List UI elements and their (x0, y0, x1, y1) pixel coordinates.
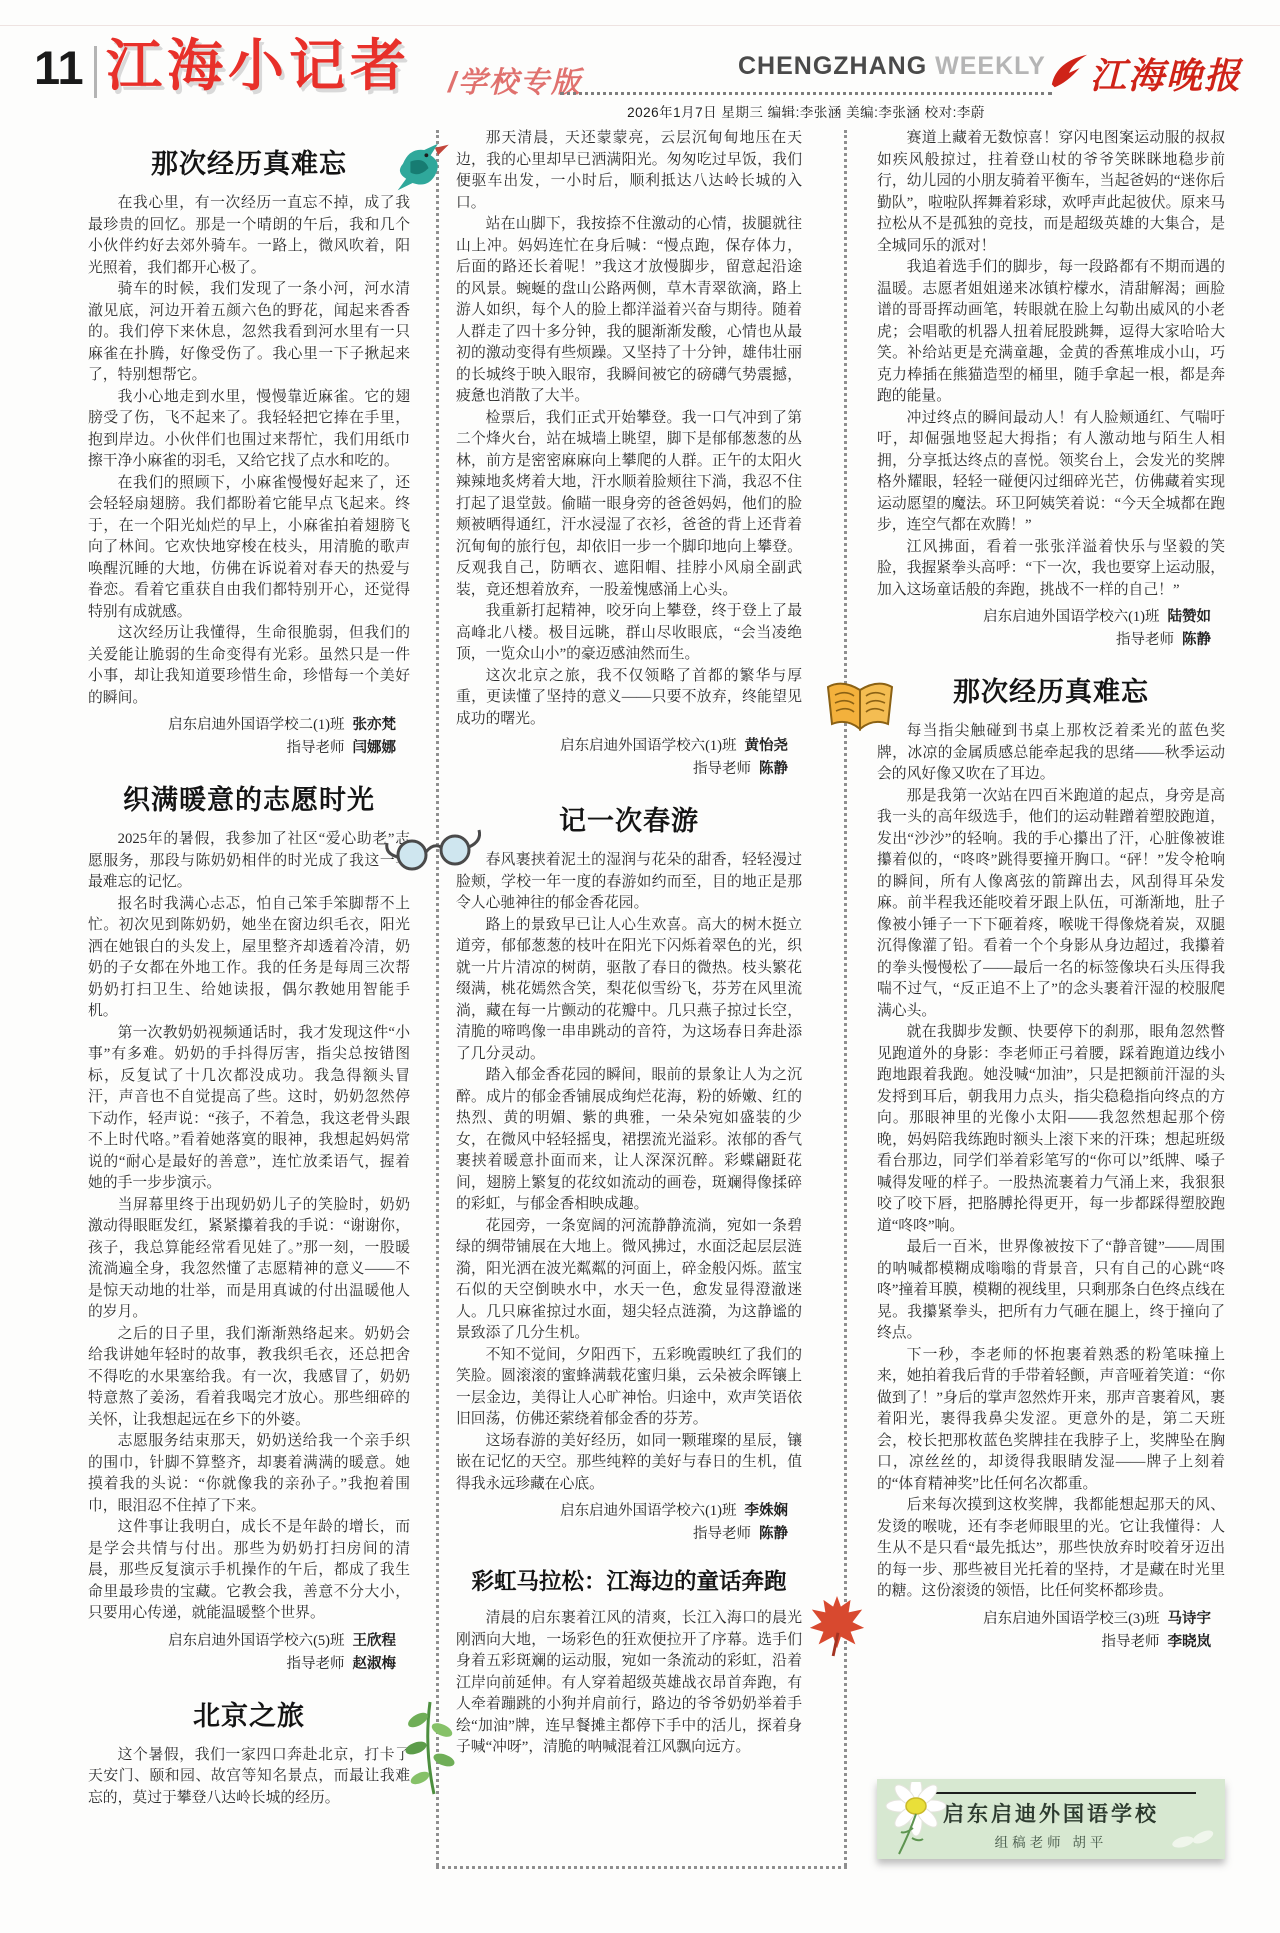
byline: 启东启迪外国语学校二(1)班张亦梵指导老师闫娜娜 (88, 714, 410, 760)
article-paragraph: 踏入郁金香花园的瞬间，眼前的景象让人为之沉醉。成片的郁金香铺展成绚烂花海，粉的娇… (456, 1065, 802, 1216)
article-title: 彩虹马拉松：江海边的童话奔跑 (456, 1564, 802, 1596)
article-paragraph: 这件事让我明白，成长不是年龄的增长，而是学会共情与付出。那些为奶奶打扫房间的清晨… (88, 1517, 410, 1625)
article-paragraph: 当屏幕里终于出现奶奶儿子的笑脸时，奶奶激动得眼眶发红，紧紧攥着我的手说：“谢谢你… (88, 1195, 410, 1324)
white-leaf-icon (1171, 1828, 1215, 1855)
newspaper-logo-text: 江海晚报 (1090, 48, 1242, 99)
byline-teacher: 指导老师陈静 (877, 629, 1211, 652)
weekly-banner: CHENGZHANG WEEKLY (738, 52, 1046, 81)
leaf-sprig-icon (400, 1698, 458, 1803)
article-paragraph: 每当指尖触碰到书桌上那枚泛着柔光的蓝色奖牌，冰凉的金属质感总能牵起我的思绪——秋… (877, 721, 1225, 786)
article-paragraph: 在我们的照顾下，小麻雀慢慢好起来了，还会轻轻扇翅膀。我们都盼着它能早点飞起来。终… (88, 473, 410, 624)
column-1: 那次经历真难忘在我心里，有一次经历一直忘不掉，成了我最珍贵的回忆。那是一个晴朗的… (88, 128, 410, 1809)
article-title: 那次经历真难忘 (88, 142, 410, 181)
dateline: 2026年1月7日 星期三 编辑:李张涵 美编:李张涵 校对:李蔚 (560, 101, 1052, 121)
maple-leaf-icon (806, 1592, 868, 1663)
article: 彩虹马拉松：江海边的童话奔跑清晨的启东裹着江风的清爽，长江入海口的晨光刚洒向大地… (456, 1564, 802, 1759)
article-paragraph: 这次北京之旅，我不仅领略了首都的繁华与厚重，更读懂了坚持的意义——只要不放弃，终… (456, 666, 802, 731)
byline: 启东启迪外国语学校六(5)班王欣程指导老师赵淑梅 (88, 1630, 410, 1676)
byline-school-author: 启东启迪外国语学校六(1)班黄怡尧 (456, 735, 788, 758)
byline-school-author: 启东启迪外国语学校六(1)班李姝娴 (456, 1500, 788, 1523)
article-paragraph: 路上的景致早已让人心生欢喜。高大的树木挺立道旁，郁郁葱葱的枝叶在阳光下闪烁着翠色… (456, 915, 802, 1066)
article-paragraph: 那是我第一次站在四百米跑道的起点，身旁是高我一头的高年级选手，他们的运动鞋蹭着塑… (877, 786, 1225, 1023)
article-paragraph: 之后的日子里，我们渐渐熟络起来。奶奶会给我讲她年轻时的故事，教我织毛衣，还总把舍… (88, 1324, 410, 1432)
bottom-dotted-rule (436, 1866, 847, 1869)
article: 记一次春游春风裹挟着泥土的湿润与花朵的甜香，轻轻漫过脸颊，学校一年一度的春游如约… (456, 799, 802, 1546)
column-2: 那天清晨，天还蒙蒙亮，云层沉甸甸地压在天边，我的心里却早已洒满阳光。匆匆吃过早饭… (456, 128, 802, 1759)
article-paragraph: 检票后，我们正式开始攀登。我一口气冲到了第二个烽火台，站在城墙上眺望，脚下是郁郁… (456, 408, 802, 602)
newspaper-logo: 江海晚报 (1048, 48, 1242, 99)
byline: 启东启迪外国语学校六(1)班李姝娴指导老师陈静 (456, 1500, 802, 1546)
open-book-icon (822, 678, 898, 747)
bird-icon (388, 134, 452, 205)
weekly-word-2: WEEKLY (935, 52, 1046, 80)
article: 北京之旅这个暑假，我们一家四口奔赴北京，打卡了天安门、颐和园、故宫等知名景点，而… (88, 1694, 410, 1810)
article-paragraph: 我小心地走到水里，慢慢靠近麻雀。它的翅膀受了伤，飞不起来了。我轻轻把它捧在手里，… (88, 387, 410, 473)
article-paragraph: 清晨的启东裹着江风的清爽，长江入海口的晨光刚洒向大地，一场彩色的狂欢便拉开了序幕… (456, 1608, 802, 1759)
article: 那天清晨，天还蒙蒙亮，云层沉甸甸地压在天边，我的心里却早已洒满阳光。匆匆吃过早饭… (456, 128, 802, 781)
article-paragraph: 下一秒，李老师的怀抱裹着熟悉的粉笔味撞上来，她拍着我后背的手带着轻颤，声音哑着笑… (877, 1345, 1225, 1496)
article-paragraph: 志愿服务结束那天，奶奶送给我一个亲手织的围巾，针脚不算整齐，却裹着满满的暖意。她… (88, 1431, 410, 1517)
article-paragraph: 站在山脚下，我按捺不住激动的心情，拔腿就往山上冲。妈妈连忙在身后喊：“慢点跑，保… (456, 214, 802, 408)
byline-school-author: 启东启迪外国语学校二(1)班张亦梵 (88, 714, 396, 737)
article-paragraph: 我追着选手们的脚步，每一段路都有不期而遇的温暖。志愿者姐姐递来冰镇柠檬水，清甜解… (877, 257, 1225, 408)
top-rule (0, 25, 1280, 26)
column-divider-1 (436, 130, 439, 1866)
byline-teacher: 指导老师陈静 (456, 758, 788, 781)
page-number-divider (94, 46, 97, 98)
article: 织满暖意的志愿时光2025年的暑假，我参加了社区“爱心助老”志愿服务，那段与陈奶… (88, 778, 410, 1676)
article-paragraph: 就在我脚步发颤、快要停下的刹那，眼角忽然瞥见跑道外的身影：李老师正弓着腰，踩着跑… (877, 1022, 1225, 1237)
article-paragraph: 第一次教奶奶视频通话时，我才发现这件“小事”有多难。奶奶的手抖得厉害，指尖总按错… (88, 1023, 410, 1195)
school-banner: 启东启迪外国语学校 组稿老师 胡平 (877, 1779, 1225, 1859)
article-paragraph: 最后一百米，世界像被按下了“静音键”——周围的呐喊都模糊成嗡嗡的背景音，只有自己… (877, 1237, 1225, 1345)
article-title: 记一次春游 (456, 799, 802, 838)
byline-school-author: 启东启迪外国语学校三(3)班马诗宇 (877, 1608, 1211, 1631)
article: 赛道上藏着无数惊喜！穿闪电图案运动服的叔叔如疾风般掠过，拄着登山杖的爷爷笑眯眯地… (877, 128, 1225, 652)
banner-text-block: 启东启迪外国语学校 组稿老师 胡平 (906, 1792, 1196, 1851)
article-title: 北京之旅 (88, 1694, 410, 1733)
article-paragraph: 我重新打起精神，咬牙向上攀登，终于登上了最高峰北八楼。极目远眺，群山尽收眼底，“… (456, 601, 802, 666)
column-3: 赛道上藏着无数惊喜！穿闪电图案运动服的叔叔如疾风般掠过，拄着登山杖的爷爷笑眯眯地… (877, 128, 1225, 1657)
article-paragraph: 江风拂面，看着一张张洋溢着快乐与坚毅的笑脸，我握紧拳头高呼：“下一次，我也要穿上… (877, 537, 1225, 602)
article-paragraph: 骑车的时候，我们发现了一条小河，河水清澈见底，河边开着五颜六色的野花，闻起来香香… (88, 279, 410, 387)
article-title: 织满暖意的志愿时光 (88, 778, 410, 817)
article-paragraph: 2025年的暑假，我参加了社区“爱心助老”志愿服务，那段与陈奶奶相伴的时光成了我… (88, 829, 410, 894)
newspaper-page: 11 江海小记者 /学校专版 CHENGZHANG WEEKLY 2026年1月… (0, 0, 1280, 1933)
flag-swoosh-icon (1048, 50, 1090, 97)
byline-school-author: 启东启迪外国语学校六(5)班王欣程 (88, 1630, 396, 1653)
byline: 启东启迪外国语学校三(3)班马诗宇指导老师李晓岚 (877, 1608, 1225, 1654)
byline-teacher: 指导老师闫娜娜 (88, 737, 396, 760)
byline: 启东启迪外国语学校六(1)班黄怡尧指导老师陈静 (456, 735, 802, 781)
article-paragraph: 报名时我满心忐忑，怕自己笨手笨脚帮不上忙。初次见到陈奶奶，她坐在窗边织毛衣，阳光… (88, 894, 410, 1023)
article-paragraph: 这次经历让我懂得，生命很脆弱，但我们的关爱能让脆弱的生命变得有光彩。虽然只是一件… (88, 623, 410, 709)
article: 那次经历真难忘在我心里，有一次经历一直忘不掉，成了我最珍贵的回忆。那是一个晴朗的… (88, 142, 410, 760)
banner-school-name: 启东启迪外国语学校 (906, 1798, 1196, 1828)
header-dotted-rule (560, 92, 1052, 95)
article-paragraph: 冲过终点的瞬间最动人！有人脸颊通红、气喘吁吁，却倔强地竖起大拇指；有人激动地与陌… (877, 408, 1225, 537)
weekly-word-1: CHENGZHANG (738, 52, 927, 80)
article-paragraph: 这个暑假，我们一家四口奔赴北京，打卡了天安门、颐和园、故宫等知名景点，而最让我难… (88, 1745, 410, 1810)
article-paragraph: 不知不觉间，夕阳西下，五彩晚霞映红了我们的笑脸。圆滚滚的蜜蜂满载花蜜归巢，云朵被… (456, 1345, 802, 1431)
article-paragraph: 在我心里，有一次经历一直忘不掉，成了我最珍贵的回忆。那是一个晴朗的午后，我和几个… (88, 193, 410, 279)
byline-teacher: 指导老师李晓岚 (877, 1631, 1211, 1654)
byline: 启东启迪外国语学校六(1)班陆赞如指导老师陈静 (877, 606, 1225, 652)
article-title: 那次经历真难忘 (877, 670, 1225, 709)
daisy-icon (885, 1782, 947, 1863)
byline-teacher: 指导老师赵淑梅 (88, 1653, 396, 1676)
masthead-title: 江海小记者 (106, 38, 411, 94)
article-paragraph: 这场春游的美好经历，如同一颗璀璨的星辰，镶嵌在记忆的天空。那些纯粹的美好与春日的… (456, 1431, 802, 1496)
article-paragraph: 花园旁，一条宽阔的河流静静流淌，宛如一条碧绿的绸带铺展在大地上。微风拂过，水面泛… (456, 1216, 802, 1345)
banner-staff-line: 组稿老师 胡平 (906, 1831, 1196, 1851)
page-number: 11 (34, 44, 84, 91)
article-paragraph: 春风裹挟着泥土的湿润与花朵的甜香，轻轻漫过脸颊，学校一年一度的春游如约而至，目的… (456, 850, 802, 915)
glasses-icon (382, 824, 486, 881)
article-paragraph: 那天清晨，天还蒙蒙亮，云层沉甸甸地压在天边，我的心里却早已洒满阳光。匆匆吃过早饭… (456, 128, 802, 214)
article: 那次经历真难忘每当指尖触碰到书桌上那枚泛着柔光的蓝色奖牌，冰凉的金属质感总能牵起… (877, 670, 1225, 1654)
byline-teacher: 指导老师陈静 (456, 1523, 788, 1546)
article-paragraph: 赛道上藏着无数惊喜！穿闪电图案运动服的叔叔如疾风般掠过，拄着登山杖的爷爷笑眯眯地… (877, 128, 1225, 257)
byline-school-author: 启东启迪外国语学校六(1)班陆赞如 (877, 606, 1211, 629)
article-paragraph: 后来每次摸到这枚奖牌，我都能想起那天的风、发烫的喉咙，还有李老师眼里的光。它让我… (877, 1495, 1225, 1603)
